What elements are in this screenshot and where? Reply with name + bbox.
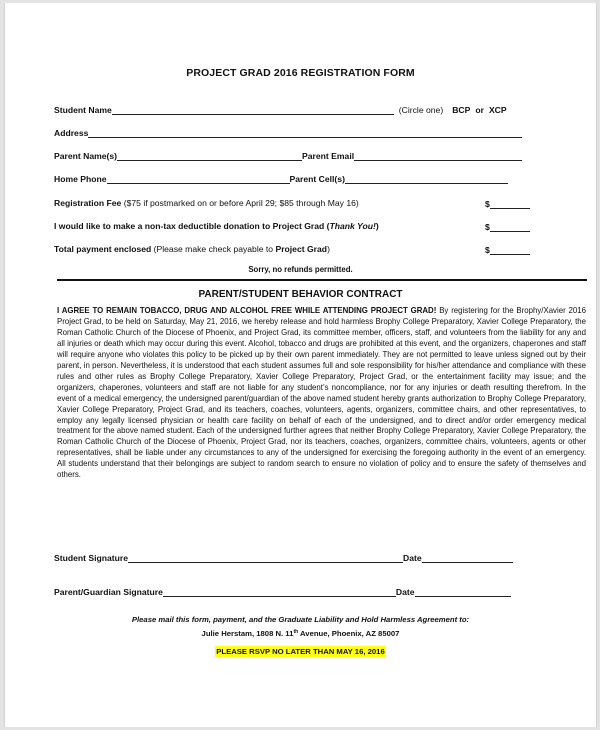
address-field[interactable]: [88, 127, 522, 138]
total-payment-row: Total payment enclosed (Please make chec…: [54, 244, 534, 256]
registration-fee-label: Registration Fee ($75 if postmarked on o…: [54, 198, 359, 208]
address-label: Address: [54, 128, 88, 138]
address-row: Address: [54, 126, 522, 138]
home-phone-label: Home Phone: [54, 174, 107, 184]
home-phone-field[interactable]: [107, 173, 290, 184]
parent-cell-field[interactable]: [345, 173, 508, 184]
parent-row: Parent Name(s) Parent Email: [54, 149, 522, 161]
parent-signature-field[interactable]: [163, 586, 396, 597]
form-title: PROJECT GRAD 2016 REGISTRATION FORM: [5, 67, 596, 79]
contract-body: I AGREE TO REMAIN TOBACCO, DRUG AND ALCO…: [57, 306, 586, 481]
student-signature-row: Student Signature Date: [54, 551, 513, 563]
school-option-xcp[interactable]: XCP: [489, 105, 507, 115]
parent-names-label: Parent Name(s): [54, 151, 117, 161]
registration-fee-amount[interactable]: $: [485, 198, 530, 209]
total-payment-label: Total payment enclosed (Please make chec…: [54, 244, 330, 254]
contract-lead: I AGREE TO REMAIN TOBACCO, DRUG AND ALCO…: [57, 306, 436, 315]
refund-note: Sorry, no refunds permitted.: [5, 265, 596, 274]
parent-signature-label: Parent/Guardian Signature: [54, 587, 163, 597]
contract-title: PARENT/STUDENT BEHAVIOR CONTRACT: [5, 289, 596, 300]
section-divider: [57, 279, 587, 281]
student-name-field[interactable]: [112, 104, 394, 115]
phone-row: Home Phone Parent Cell(s): [54, 172, 508, 184]
circle-one-label: (Circle one): [399, 105, 443, 115]
parent-cell-label: Parent Cell(s): [290, 174, 345, 184]
mailing-address: Julie Herstam, 1808 N. 11th Avenue, Phoe…: [5, 629, 596, 638]
contract-text: By registering for the Brophy/Xavier 201…: [57, 306, 586, 479]
rsvp-wrapper: PLEASE RSVP NO LATER THAN MAY 16, 2016: [5, 641, 596, 659]
student-signature-label: Student Signature: [54, 553, 128, 563]
donation-label: I would like to make a non-tax deductibl…: [54, 221, 379, 231]
donation-row: I would like to make a non-tax deductibl…: [54, 221, 534, 233]
total-payment-amount[interactable]: $: [485, 244, 530, 255]
student-name-row: Student Name (Circle one) BCP or XCP: [54, 103, 507, 115]
donation-amount[interactable]: $: [485, 221, 530, 232]
rsvp-deadline: PLEASE RSVP NO LATER THAN MAY 16, 2016: [215, 646, 385, 657]
document-page: PROJECT GRAD 2016 REGISTRATION FORM Stud…: [4, 3, 597, 727]
parent-signature-row: Parent/Guardian Signature Date: [54, 585, 511, 597]
student-date-field[interactable]: [422, 552, 513, 563]
student-name-label: Student Name: [54, 105, 112, 115]
registration-fee-row: Registration Fee ($75 if postmarked on o…: [54, 198, 534, 210]
parent-email-label: Parent Email: [302, 151, 354, 161]
parent-names-field[interactable]: [117, 150, 302, 161]
or-label: or: [475, 105, 484, 115]
mail-instructions: Please mail this form, payment, and the …: [5, 615, 596, 624]
school-option-bcp[interactable]: BCP: [452, 105, 470, 115]
parent-date-label: Date: [396, 587, 415, 597]
parent-date-field[interactable]: [415, 586, 511, 597]
student-signature-field[interactable]: [128, 552, 403, 563]
student-date-label: Date: [403, 553, 422, 563]
parent-email-field[interactable]: [354, 150, 522, 161]
